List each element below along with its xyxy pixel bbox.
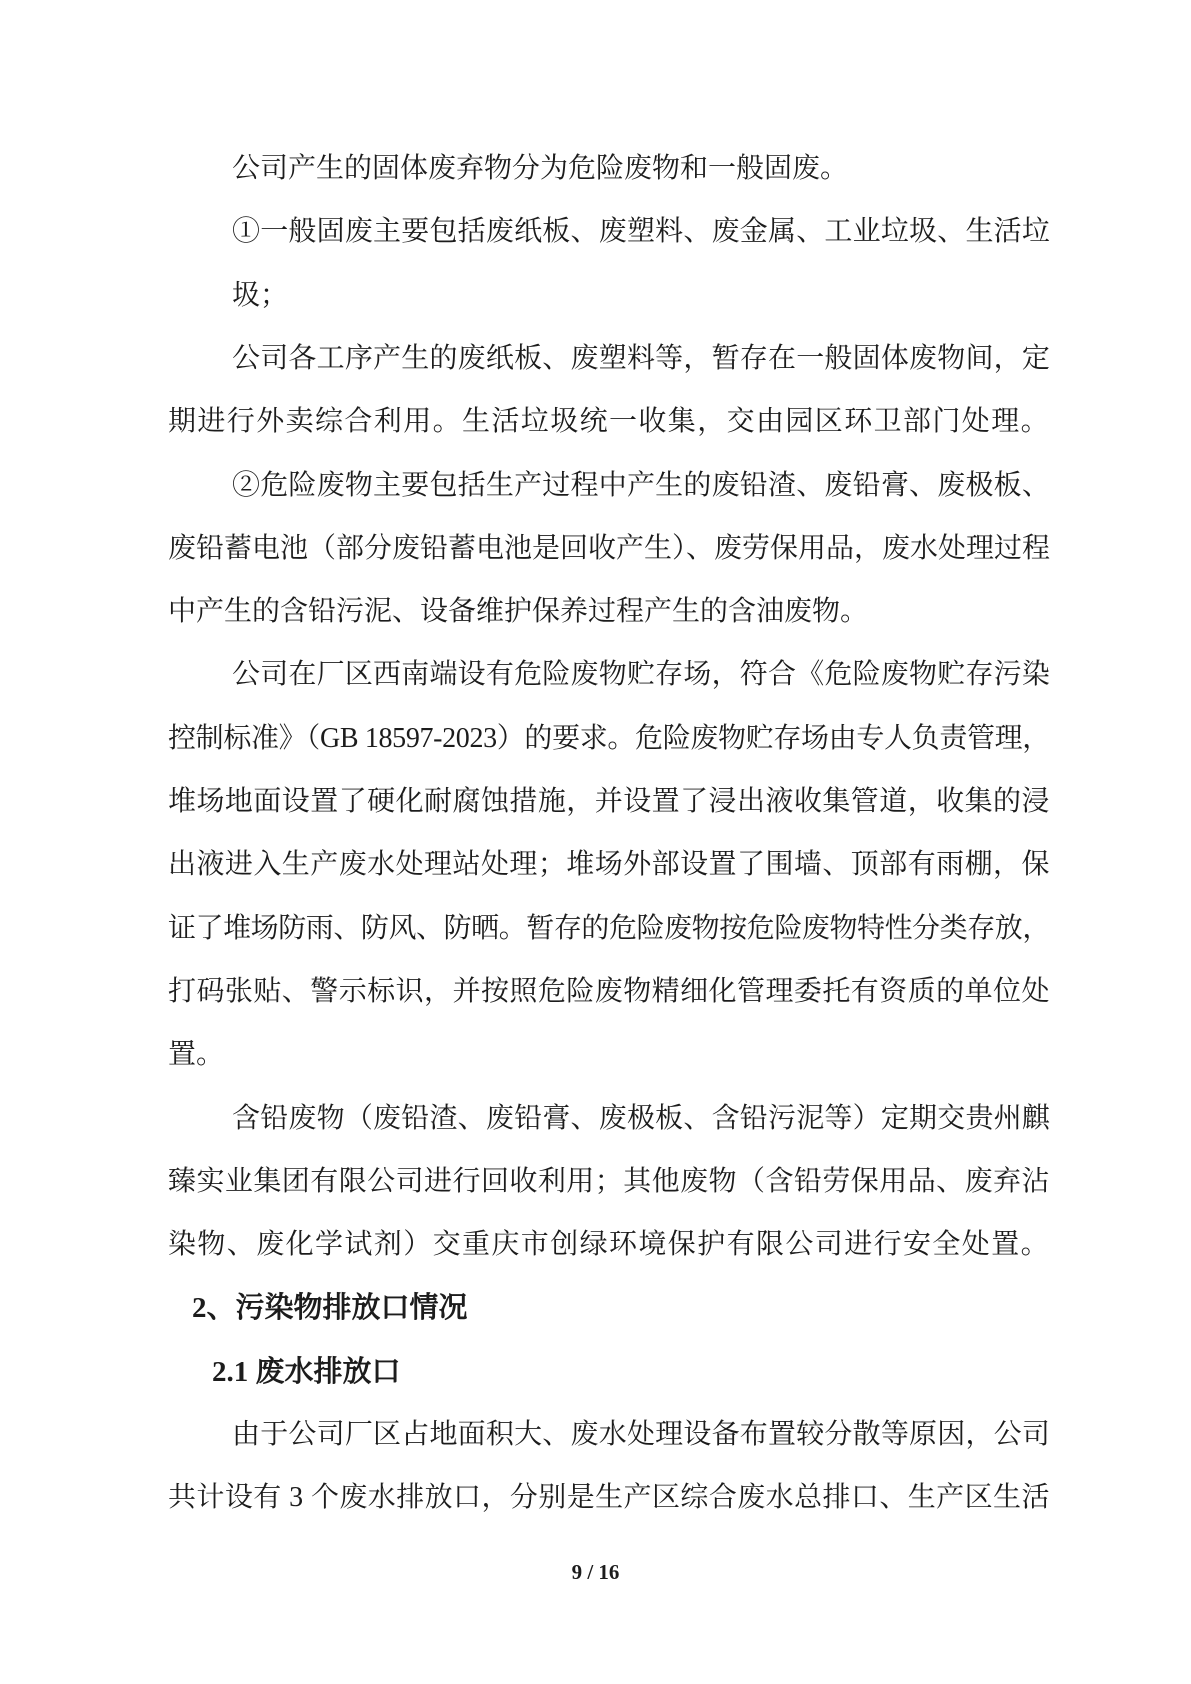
document-line: 公司产生的固体废弃物分为危险废物和一般固废。 xyxy=(232,152,848,186)
section-heading: 2、污染物排放口情况 xyxy=(192,1291,468,1325)
document-line: 圾； xyxy=(232,279,288,313)
document-line: 臻实业集团有限公司进行回收利用；其他废物（含铅劳保用品、废弃沾 xyxy=(168,1165,1050,1199)
document-line: 由于公司厂区占地面积大、废水处理设备布置较分散等原因，公司 xyxy=(232,1418,1050,1452)
document-line: 废铅蓄电池（部分废铅蓄电池是回收产生）、废劳保用品，废水处理过程 xyxy=(168,532,1050,566)
document-line: 中产生的含铅污泥、设备维护保养过程产生的含油废物。 xyxy=(168,595,868,629)
document-line: 打码张贴、警示标识，并按照危险废物精细化管理委托有资质的单位处 xyxy=(168,975,1050,1009)
document-line: 染物、废化学试剂）交重庆市创绿环境保护有限公司进行安全处置。 xyxy=(168,1228,1050,1262)
document-line: 期进行外卖综合利用。生活垃圾统一收集，交由园区环卫部门处理。 xyxy=(168,405,1050,439)
document-line: 控制标准》（GB 18597-2023）的要求。危险废物贮存场由专人负责管理， xyxy=(168,722,1050,756)
document-line: 置。 xyxy=(168,1038,224,1072)
document-line: 证了堆场防雨、防风、防晒。暂存的危险废物按危险废物特性分类存放， xyxy=(168,912,1050,946)
document-line: ②危险废物主要包括生产过程中产生的废铅渣、废铅膏、废极板、 xyxy=(232,469,1050,503)
document-line: 公司各工序产生的废纸板、废塑料等，暂存在一般固体废物间，定 xyxy=(232,342,1050,376)
document-page: 公司产生的固体废弃物分为危险废物和一般固废。①一般固废主要包括废纸板、废塑料、废… xyxy=(0,0,1191,1684)
document-line: 出液进入生产废水处理站处理；堆场外部设置了围墙、顶部有雨棚，保 xyxy=(168,848,1050,882)
document-line: 共计设有 3 个废水排放口，分别是生产区综合废水总排口、生产区生活 xyxy=(168,1481,1050,1515)
document-line: 堆场地面设置了硬化耐腐蚀措施，并设置了浸出液收集管道，收集的浸 xyxy=(168,785,1050,819)
subsection-heading: 2.1 废水排放口 xyxy=(212,1355,401,1389)
document-line: ①一般固废主要包括废纸板、废塑料、废金属、工业垃圾、生活垃 xyxy=(232,215,1050,249)
document-line: 含铅废物（废铅渣、废铅膏、废极板、含铅污泥等）定期交贵州麒 xyxy=(232,1102,1050,1136)
document-line: 公司在厂区西南端设有危险废物贮存场，符合《危险废物贮存污染 xyxy=(232,658,1050,692)
page-number: 9 / 16 xyxy=(0,1560,1191,1585)
